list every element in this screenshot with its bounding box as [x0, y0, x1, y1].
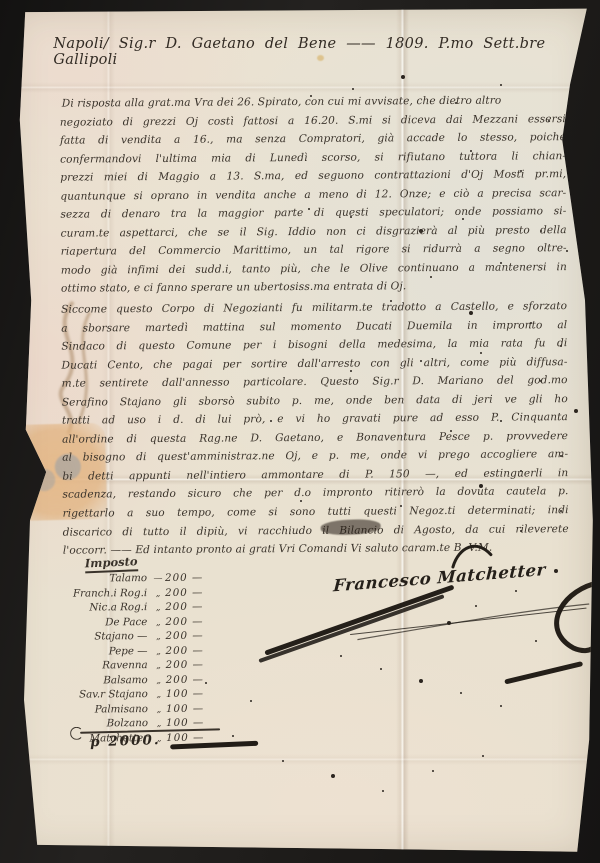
payer-name: Talamo — [39, 572, 151, 585]
amount: 200 — — [165, 644, 239, 657]
tax-row: Palmisano „ 100 — — [40, 702, 240, 718]
letter-paper: Napoli/ Sig.r D. Gaetano del Bene —— 180… — [0, 0, 600, 863]
tax-row: Nic.a Rog.i „ 200 — — [39, 600, 239, 616]
amount: 200 — — [166, 658, 240, 671]
letter-heading: Napoli/ Sig.r D. Gaetano del Bene —— 180… — [53, 36, 545, 68]
photographed-letter: Napoli/ Sig.r D. Gaetano del Bene —— 180… — [0, 0, 600, 863]
signature-flourish — [504, 661, 583, 684]
ditto-mark: „ — [151, 603, 165, 613]
payer-name: Nic.a Rog.i — [39, 601, 151, 614]
amount: 100 — — [166, 702, 240, 715]
tax-row: Sav.r Stajano „ 100 — — [40, 687, 240, 703]
amount: 200 — — [165, 615, 239, 628]
amount: 200 — — [165, 586, 239, 599]
ditto-mark: — — [151, 574, 165, 584]
tax-list-title: Imposto — [85, 554, 138, 573]
payer-name: De Pace — [39, 616, 151, 629]
payer-name: Franch.i Rog.i — [39, 587, 151, 600]
letter-content: Napoli/ Sig.r D. Gaetano del Bene —— 180… — [0, 0, 600, 863]
amount: 200 — — [165, 571, 239, 584]
ditto-mark: „ — [152, 661, 166, 671]
payer-name: Stajano — — [39, 630, 151, 643]
tax-row: Franch.i Rog.i „ 200 — — [39, 586, 239, 602]
ditto-mark: „ — [151, 588, 165, 598]
tax-row: Talamo — 200 — — [39, 571, 239, 587]
paragraph-forced-loan: Siccome questo Corpo di Negozianti fu mi… — [61, 297, 569, 560]
tax-row: Stajano — „ 200 — — [39, 629, 239, 645]
tax-row: Pepe — „ 200 — — [39, 644, 239, 660]
list-total: p 2000. — [90, 732, 161, 750]
ditto-mark: „ — [152, 719, 166, 729]
ditto-mark: „ — [152, 704, 166, 714]
amount: 100 — — [166, 716, 240, 729]
ditto-mark: „ — [151, 617, 165, 627]
ditto-mark: „ — [151, 646, 165, 656]
letter-line: ottimo stato, e ci fanno sperare un uber… — [61, 277, 567, 299]
payer-name: Balsamo — [40, 674, 152, 687]
ditto-mark: „ — [152, 675, 166, 685]
letter-line: discarico di tutto il dipiù, vi racchiud… — [63, 520, 569, 542]
signature-flourish — [258, 594, 444, 662]
signature: Francesco Matchetter — [333, 557, 578, 595]
ditto-mark: „ — [152, 690, 166, 700]
signature-flourish — [264, 585, 454, 656]
tax-list: Talamo — 200 — Franch.i Rog.i „ 200 — Ni… — [39, 571, 240, 746]
amount: 200 — — [165, 629, 239, 642]
ink-speckles — [0, 0, 2, 2]
paragraph-market-report: Di risposta alla grat.ma Vra dei 26. Spi… — [60, 91, 567, 299]
amount: 200 — — [165, 600, 239, 613]
payer-name: Bolzano — [40, 717, 152, 730]
ditto-mark: „ — [151, 632, 165, 642]
tax-row: Ravenna „ 200 — — [40, 658, 240, 674]
tax-row: De Pace „ 200 — — [39, 615, 239, 631]
payer-name: Ravenna — [40, 659, 152, 672]
tax-row: Balsamo „ 200 — — [40, 673, 240, 689]
amount: 100 — — [166, 687, 240, 700]
payer-name: Pepe — — [39, 645, 151, 658]
payer-name: Palmisano — [40, 703, 152, 716]
letter-line: l'occorr. —— Ed intanto pronto ai grati … — [63, 538, 569, 560]
amount: 200 — — [166, 673, 240, 686]
payer-name: Sav.r Stajano — [40, 688, 152, 701]
